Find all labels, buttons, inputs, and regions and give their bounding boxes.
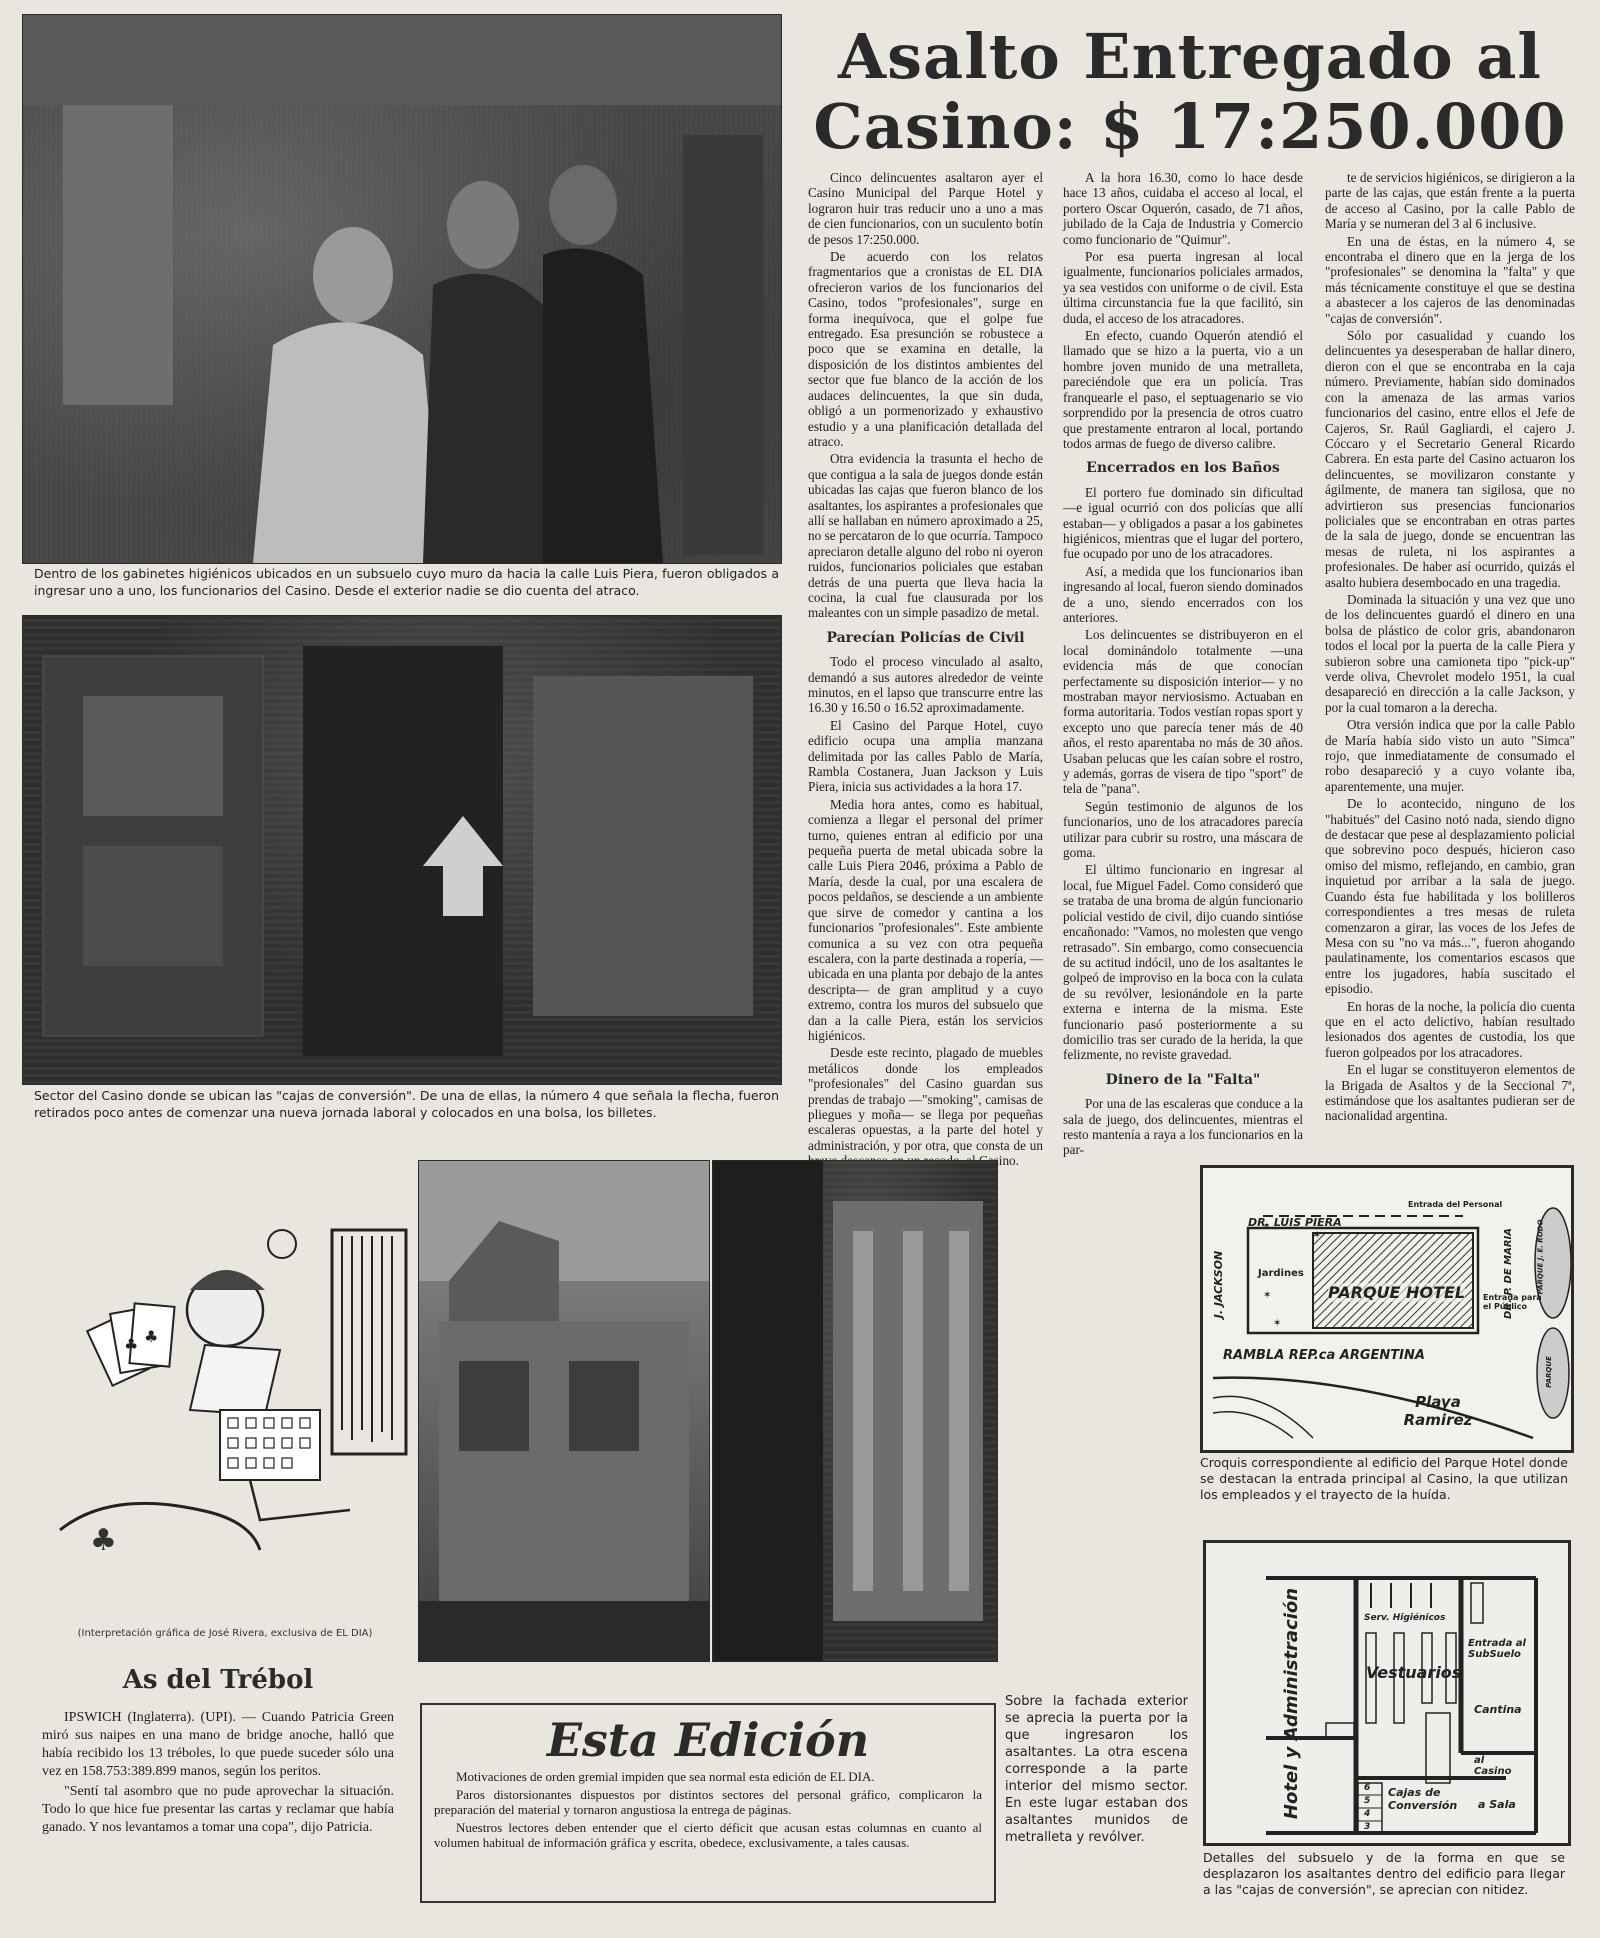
edicion-paragraph: Motivaciones de orden gremial impiden qu… xyxy=(434,1769,982,1785)
cartoon-credit: (Interpretación gráfica de José Rivera, … xyxy=(55,1628,395,1639)
plan-label-basement-entry: Entrada al SubSuelo xyxy=(1468,1638,1530,1660)
svg-text:♣: ♣ xyxy=(124,1335,138,1354)
plan-label-canteen: Cantina xyxy=(1474,1703,1522,1716)
subhead-banos: Encerrados en los Baños xyxy=(1063,461,1303,476)
plan-box-number-6: 6 xyxy=(1364,1783,1370,1793)
svg-text:✶: ✶ xyxy=(1263,1290,1271,1301)
plan-label-casino: al Casino xyxy=(1474,1755,1524,1777)
map-label-rambla: RAMBLA REP.ca ARGENTINA xyxy=(1223,1348,1425,1363)
photo-facade xyxy=(418,1160,710,1662)
map-label-parque-hotel: PARQUE HOTEL xyxy=(1328,1283,1465,1302)
basement-plan: Hotel y Administración Serv. Higiénicos … xyxy=(1203,1540,1571,1846)
article-paragraph: Media hora antes, como es habitual, comi… xyxy=(808,797,1043,1044)
map-label-park: PARQUE xyxy=(1545,1356,1553,1388)
article-paragraph: Por esa puerta ingresan al local igualme… xyxy=(1063,249,1303,326)
map-label-jackson: J. JACKSON xyxy=(1212,1251,1225,1318)
trebol-paragraph: "Sentí tal asombro que no pude aprovecha… xyxy=(42,1783,394,1837)
article-paragraph: En horas de la noche, la policía dio cue… xyxy=(1325,999,1575,1061)
trebol-story: As del Trébol IPSWICH (Inglaterra). (UPI… xyxy=(42,1665,394,1839)
plan-box-number-4: 4 xyxy=(1364,1809,1370,1819)
article-column-3: te de servicios higiénicos, se dirigiero… xyxy=(1325,170,1575,1126)
photo-facade-shapes xyxy=(419,1161,709,1661)
map-label-luis-piera: DR. LUIS PIERA xyxy=(1248,1216,1342,1229)
photo-restrooms xyxy=(22,14,782,564)
article-paragraph: Desde este recinto, plagado de muebles m… xyxy=(808,1045,1043,1168)
photo-caption-cashboxes: Sector del Casino donde se ubican las "c… xyxy=(34,1087,779,1121)
photo-caption-facade: Sobre la fachada exterior se aprecia la … xyxy=(1005,1693,1188,1846)
article-paragraph: Todo el proceso vinculado al asalto, dem… xyxy=(808,654,1043,716)
article-paragraph: te de servicios higiénicos, se dirigiero… xyxy=(1325,170,1575,232)
subhead-falta: Dinero de la "Falta" xyxy=(1063,1073,1303,1088)
article-paragraph: El portero fue dominado sin dificultad —… xyxy=(1063,485,1303,562)
article-paragraph: El último funcionario en ingresar al loc… xyxy=(1063,862,1303,1062)
edicion-paragraph: Nuestros lectores deben entender que el … xyxy=(434,1820,982,1851)
map-caption-hotel: Croquis correspondiente al edificio del … xyxy=(1200,1455,1568,1503)
headline-line-2: Casino: $ 17:250.000 xyxy=(800,92,1580,162)
map-label-park-rodo: PARQUE J. E. RODO xyxy=(1536,1220,1544,1295)
article-paragraph: Otra versión indica que por la calle Pab… xyxy=(1325,717,1575,794)
plan-label-cashboxes: Cajas de Conversión xyxy=(1388,1786,1468,1812)
article-paragraph: De lo acontecido, ninguno de los "habitu… xyxy=(1325,796,1575,996)
plan-box-number-3: 3 xyxy=(1364,1822,1370,1832)
article-paragraph: En una de éstas, en la número 4, se enco… xyxy=(1325,234,1575,326)
photo-cashboxes xyxy=(22,615,782,1085)
map-label-playa-ramirez: Playa Ramirez xyxy=(1388,1393,1488,1429)
map-label-jardines: Jardines xyxy=(1258,1268,1304,1279)
cartoon-illustration: ♣ ♣ ♣ xyxy=(20,1150,410,1620)
plan-box-number-5: 5 xyxy=(1364,1796,1370,1806)
article-paragraph: En el lugar se constituyeron elementos d… xyxy=(1325,1062,1575,1124)
plan-label-hotel-admin: Hotel y Administración xyxy=(1281,1588,1302,1819)
photo-caption-restrooms: Dentro de los gabinetes higiénicos ubica… xyxy=(34,565,779,599)
map-caption-basement: Detalles del subsuelo y de la forma en q… xyxy=(1203,1850,1565,1898)
plan-label-services: Serv. Higiénicos xyxy=(1364,1613,1445,1623)
svg-text:✶: ✶ xyxy=(1313,1230,1321,1241)
article-paragraph: De acuerdo con los relatos fragmentarios… xyxy=(808,249,1043,449)
map-label-staff-entrance: Entrada del Personal xyxy=(1408,1200,1508,1209)
article-column-2: A la hora 16.30, como lo hace desde hace… xyxy=(1063,170,1303,1160)
article-paragraph: Sólo por casualidad y cuando los delincu… xyxy=(1325,328,1575,590)
article-paragraph: Cinco delincuentes asaltaron ayer el Cas… xyxy=(808,170,1043,247)
map-label-public-entrance: Entrada para el Público xyxy=(1483,1293,1543,1311)
plan-label-hall: a Sala xyxy=(1478,1798,1516,1811)
headline-line-1: Asalto Entregado al xyxy=(800,22,1580,92)
clover-icon: ♣ xyxy=(90,1523,117,1558)
article-paragraph: Según testimonio de algunos de los funci… xyxy=(1063,799,1303,861)
main-headline: Asalto Entregado al Casino: $ 17:250.000 xyxy=(800,22,1580,162)
cartoon-woman-with-cards-icon: ♣ ♣ ♣ xyxy=(20,1150,410,1620)
photo-interior xyxy=(712,1160,998,1662)
subhead-policias: Parecían Policías de Civil xyxy=(808,631,1043,646)
article-paragraph: Otra evidencia la trasunta el hecho de q… xyxy=(808,451,1043,620)
esta-edicion-title: Esta Edición xyxy=(434,1713,982,1767)
plan-label-lockers: Vestuarios xyxy=(1366,1663,1461,1682)
esta-edicion-box: Esta Edición Motivaciones de orden gremi… xyxy=(420,1703,996,1903)
photo-interior-shapes xyxy=(713,1161,997,1661)
article-paragraph: A la hora 16.30, como lo hace desde hace… xyxy=(1063,170,1303,247)
svg-text:♣: ♣ xyxy=(144,1327,158,1346)
article-paragraph: El Casino del Parque Hotel, cuyo edifici… xyxy=(808,718,1043,795)
article-paragraph: Los delincuentes se distribuyeron en el … xyxy=(1063,627,1303,796)
svg-text:✶: ✶ xyxy=(1273,1318,1281,1329)
edicion-paragraph: Paros distorsionantes dispuestos por dis… xyxy=(434,1787,982,1818)
article-paragraph: Dominada la situación y una vez que uno … xyxy=(1325,592,1575,715)
article-paragraph: Por una de las escaleras que conduce a l… xyxy=(1063,1096,1303,1158)
article-column-1: Cinco delincuentes asaltaron ayer el Cas… xyxy=(808,170,1043,1171)
article-paragraph: En efecto, cuando Oquerón atendió el lla… xyxy=(1063,328,1303,451)
photo-interior-shapes xyxy=(23,616,781,1084)
article-paragraph: Así, a medida que los funcionarios iban … xyxy=(1063,564,1303,626)
trebol-title: As del Trébol xyxy=(42,1665,394,1695)
trebol-paragraph: IPSWICH (Inglaterra). (UPI). — Cuando Pa… xyxy=(42,1709,394,1781)
street-map-sketch: ✶ ✶ ✶ ✶ DR. LUIS PIERA J. JACKSON DR. P.… xyxy=(1200,1165,1574,1453)
photo-people-silhouettes xyxy=(23,15,781,563)
